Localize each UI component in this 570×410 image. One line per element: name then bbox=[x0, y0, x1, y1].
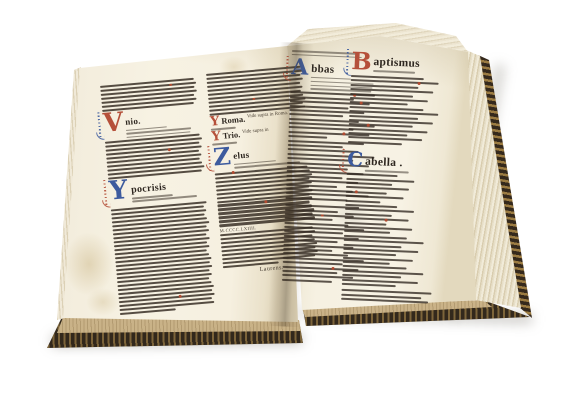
text-line bbox=[209, 105, 305, 115]
rubric-mark bbox=[170, 83, 173, 86]
text-line bbox=[344, 239, 424, 244]
text-line bbox=[115, 245, 210, 255]
text-line bbox=[288, 148, 359, 153]
cross-reference-note: Vide supra in bbox=[242, 128, 269, 136]
text-line bbox=[311, 81, 374, 85]
rubric-mark bbox=[332, 267, 335, 270]
text-line bbox=[346, 195, 404, 200]
text-line bbox=[132, 194, 173, 199]
text-line bbox=[106, 146, 202, 156]
text-line bbox=[219, 216, 315, 226]
text-line bbox=[286, 188, 353, 193]
rubric-mark bbox=[179, 295, 182, 298]
text-line bbox=[292, 54, 362, 59]
text-line bbox=[342, 270, 423, 276]
text-line bbox=[284, 222, 348, 227]
text-line bbox=[290, 100, 370, 106]
text-line bbox=[221, 235, 313, 245]
text-line bbox=[208, 90, 300, 100]
rubric-mark bbox=[353, 94, 356, 97]
text-line bbox=[119, 297, 212, 307]
rubric-mark bbox=[343, 133, 346, 136]
text-line bbox=[344, 226, 412, 231]
text-line bbox=[285, 204, 359, 209]
text-line bbox=[288, 140, 364, 145]
text-line bbox=[284, 239, 338, 243]
text-line bbox=[346, 186, 409, 191]
text-line bbox=[111, 201, 207, 211]
gutter-shadow bbox=[268, 42, 314, 327]
text-line bbox=[283, 252, 348, 257]
text-line bbox=[216, 177, 310, 187]
text-line bbox=[107, 161, 201, 171]
headword: nio. bbox=[125, 115, 141, 126]
text-line bbox=[119, 300, 214, 310]
text-line bbox=[215, 169, 310, 179]
text-line bbox=[350, 101, 408, 106]
rubric-mark bbox=[418, 82, 421, 85]
text-line bbox=[286, 175, 342, 179]
text-line bbox=[108, 165, 205, 176]
text-line bbox=[289, 126, 354, 131]
text-line bbox=[113, 229, 209, 239]
text-line bbox=[285, 217, 333, 221]
text-line bbox=[221, 242, 317, 252]
text-line bbox=[344, 235, 407, 240]
rubric-mark bbox=[367, 124, 370, 127]
illuminated-initial: Y bbox=[210, 117, 220, 128]
text-line bbox=[349, 128, 428, 133]
text-line bbox=[341, 298, 428, 304]
text-line bbox=[282, 279, 332, 283]
text-line bbox=[102, 102, 194, 112]
text-line bbox=[222, 246, 316, 256]
text-line bbox=[234, 161, 300, 168]
illuminated-initial: Y bbox=[108, 180, 128, 203]
ink-smudge bbox=[330, 200, 368, 230]
text-line bbox=[346, 182, 392, 186]
text-line bbox=[222, 254, 315, 264]
text-line bbox=[345, 199, 380, 203]
text-line bbox=[117, 269, 210, 279]
headword: pocrisis bbox=[131, 182, 167, 196]
headword: Trio. bbox=[222, 130, 240, 140]
text-line bbox=[282, 274, 353, 279]
text-line bbox=[112, 213, 205, 223]
headword: elus bbox=[233, 149, 250, 160]
text-line bbox=[118, 281, 212, 291]
entry-cabella-heading: Cabella . bbox=[347, 151, 446, 175]
text-line bbox=[365, 170, 409, 173]
text-line bbox=[345, 204, 397, 208]
text-line bbox=[345, 208, 414, 213]
text-line bbox=[115, 249, 207, 259]
text-line bbox=[282, 270, 337, 274]
rubric-mark bbox=[320, 214, 323, 217]
text-line bbox=[349, 123, 413, 128]
text-line bbox=[348, 141, 402, 145]
text-line bbox=[343, 261, 390, 265]
text-line bbox=[234, 160, 276, 165]
foxing-stain bbox=[219, 56, 249, 78]
text-line bbox=[349, 114, 418, 119]
headword: aptismus bbox=[373, 56, 420, 70]
colophon: Laurens. bbox=[223, 262, 320, 276]
text-line bbox=[118, 284, 214, 294]
entry-ypocrisis-heading: Ypocrisis bbox=[108, 173, 207, 207]
text-line bbox=[287, 170, 364, 175]
text-line bbox=[221, 238, 315, 248]
headword: bbas bbox=[311, 63, 335, 76]
text-line bbox=[215, 173, 312, 184]
text-line bbox=[289, 109, 364, 114]
text-line bbox=[289, 122, 375, 128]
roman-numeral-date: M.CCCC.LXIIII. bbox=[220, 220, 317, 233]
page-stack-head-edge bbox=[0, 0, 570, 410]
text-line bbox=[287, 166, 348, 171]
text-line bbox=[349, 119, 433, 125]
entry-yroma-heading: YRoma.Vide supra in Roma. bbox=[210, 109, 308, 128]
text-line bbox=[219, 208, 315, 218]
rubric-mark bbox=[231, 171, 234, 174]
text-line bbox=[105, 134, 199, 144]
text-line bbox=[350, 97, 428, 102]
text-line bbox=[343, 256, 413, 261]
text-line bbox=[289, 113, 343, 117]
text-line bbox=[283, 261, 343, 266]
text-line bbox=[101, 94, 194, 104]
illuminated-initial: A bbox=[291, 58, 309, 77]
text-line bbox=[114, 233, 207, 243]
text-line bbox=[286, 197, 348, 202]
text-line bbox=[116, 265, 212, 275]
text-line bbox=[206, 66, 300, 76]
text-line bbox=[208, 94, 302, 104]
cover-leather-fore-edge bbox=[0, 0, 570, 410]
text-line bbox=[106, 142, 200, 152]
text-line bbox=[287, 157, 353, 162]
text-line bbox=[114, 241, 207, 251]
text-line bbox=[290, 91, 375, 97]
text-line bbox=[310, 84, 372, 88]
illuminated-initial: Y bbox=[211, 132, 221, 143]
text-line bbox=[287, 161, 369, 167]
text-line bbox=[351, 79, 439, 85]
entry-zelus-heading: Zelus bbox=[212, 139, 311, 171]
text-line bbox=[284, 230, 343, 235]
text-line bbox=[220, 227, 313, 237]
text-line bbox=[283, 257, 364, 263]
text-line bbox=[290, 96, 354, 101]
text-line bbox=[222, 250, 318, 260]
text-line bbox=[113, 225, 207, 235]
text-line bbox=[217, 189, 312, 199]
text-line bbox=[105, 138, 201, 149]
text-line bbox=[343, 243, 401, 248]
rubric-mark bbox=[252, 97, 255, 100]
text-line bbox=[341, 289, 431, 295]
text-line bbox=[342, 283, 396, 287]
entry-unio-heading: Vnio. bbox=[102, 105, 201, 140]
text-line bbox=[218, 201, 310, 211]
headword: abella . bbox=[365, 156, 403, 170]
book-shadow bbox=[302, 308, 532, 323]
right-page bbox=[0, 0, 570, 410]
text-line bbox=[102, 98, 197, 108]
text-line bbox=[219, 213, 312, 223]
text-line bbox=[348, 136, 422, 141]
text-line bbox=[284, 226, 364, 231]
text-line bbox=[286, 183, 337, 187]
text-line bbox=[311, 77, 351, 80]
illuminated-initial: B bbox=[351, 51, 372, 72]
text-line bbox=[286, 179, 358, 184]
text-line bbox=[373, 70, 415, 73]
text-line bbox=[288, 144, 343, 148]
text-line bbox=[344, 221, 386, 225]
text-line bbox=[114, 237, 209, 247]
text-line bbox=[345, 217, 409, 222]
right-page-index-column-2: BaptismusCabella . bbox=[341, 50, 450, 309]
left-page bbox=[0, 0, 570, 410]
text-line bbox=[119, 292, 215, 302]
left-page-text-column-2: YRoma.Vide supra in Roma.YTrio.Vide supr… bbox=[206, 66, 325, 325]
text-line bbox=[112, 209, 207, 219]
text-line bbox=[207, 82, 300, 92]
text-line bbox=[283, 248, 332, 252]
page-stack-edge-left bbox=[0, 0, 570, 410]
text-line bbox=[286, 192, 369, 198]
text-line bbox=[217, 193, 310, 203]
text-line bbox=[107, 158, 199, 168]
text-line bbox=[285, 208, 338, 212]
right-page-index-column-1: Abbas bbox=[281, 50, 385, 309]
text-line bbox=[341, 294, 421, 299]
text-line bbox=[116, 257, 212, 267]
cover-leather-bottom-right bbox=[0, 0, 570, 410]
text-line bbox=[342, 278, 418, 283]
text-line bbox=[100, 82, 196, 92]
text-line bbox=[343, 252, 396, 256]
text-line bbox=[343, 265, 407, 270]
photo-open-incunabulum-book: Vnio.Ypocrisis YRoma.Vide supra in Roma.… bbox=[0, 0, 570, 410]
text-line bbox=[207, 78, 303, 88]
foxing-stain bbox=[64, 232, 114, 296]
text-line bbox=[310, 88, 371, 92]
rubric-mark bbox=[265, 200, 268, 203]
text-line bbox=[208, 86, 303, 96]
page-block-edge-bottom-left bbox=[0, 0, 570, 410]
text-line bbox=[283, 265, 359, 270]
text-line bbox=[209, 97, 306, 108]
text-line bbox=[220, 230, 315, 240]
rubric-mark bbox=[360, 101, 363, 104]
rubric-mark bbox=[385, 218, 388, 221]
text-line bbox=[101, 86, 195, 96]
illuminated-initial: C bbox=[347, 151, 364, 168]
text-line bbox=[223, 262, 279, 269]
entry-abbas-heading: Abbas bbox=[290, 58, 384, 93]
rubric-mark bbox=[168, 148, 171, 151]
book-shadow bbox=[52, 333, 302, 347]
text-line bbox=[350, 84, 418, 89]
text-line bbox=[211, 127, 236, 131]
text-line bbox=[351, 75, 424, 80]
text-line bbox=[348, 132, 407, 137]
text-line bbox=[115, 253, 209, 263]
text-line bbox=[350, 88, 433, 94]
text-line bbox=[209, 102, 303, 112]
text-line bbox=[106, 150, 199, 160]
text-line bbox=[101, 90, 197, 100]
book-shadow bbox=[449, 64, 505, 317]
text-line bbox=[112, 217, 207, 227]
entry-baptismus-heading: Baptismus bbox=[351, 51, 450, 77]
text-line bbox=[117, 277, 209, 287]
text-line bbox=[292, 50, 356, 54]
entry-ytrio-heading: YTrio.Vide supra in bbox=[211, 124, 309, 143]
foxing-stain bbox=[86, 288, 120, 316]
illuminated-initial: Z bbox=[212, 146, 231, 167]
page-stack-fore-edge-right bbox=[0, 0, 570, 410]
text-line bbox=[118, 289, 212, 299]
text-line bbox=[107, 153, 202, 163]
text-line bbox=[215, 165, 308, 175]
text-line bbox=[117, 273, 212, 283]
text-line bbox=[289, 118, 359, 123]
text-line bbox=[108, 169, 202, 179]
left-page-text-column-1: Vnio.Ypocrisis bbox=[100, 78, 217, 322]
text-line bbox=[347, 173, 398, 177]
text-line bbox=[216, 185, 309, 195]
text-line bbox=[345, 213, 392, 217]
text-line bbox=[207, 74, 301, 84]
text-line bbox=[349, 110, 438, 116]
text-line bbox=[113, 221, 210, 232]
text-line bbox=[290, 104, 349, 109]
rubric-mark bbox=[354, 191, 357, 194]
text-line bbox=[120, 308, 176, 315]
text-line bbox=[100, 78, 194, 88]
text-line bbox=[116, 261, 209, 271]
illuminated-initial: V bbox=[102, 112, 124, 135]
text-line bbox=[217, 197, 312, 207]
text-line bbox=[218, 205, 312, 215]
text-line bbox=[127, 131, 191, 138]
text-line bbox=[287, 153, 374, 159]
text-line bbox=[288, 135, 328, 139]
text-line bbox=[284, 235, 359, 240]
text-line bbox=[132, 195, 196, 202]
text-line bbox=[344, 230, 390, 234]
text-line bbox=[126, 128, 190, 135]
text-line bbox=[342, 274, 401, 279]
text-line bbox=[206, 70, 302, 81]
text-line bbox=[346, 178, 414, 183]
text-line bbox=[285, 213, 354, 218]
cover-leather-bottom-left bbox=[0, 0, 570, 410]
text-line bbox=[283, 243, 353, 248]
text-line bbox=[350, 93, 413, 98]
cross-reference-note: Vide supra in Roma. bbox=[247, 111, 288, 121]
text-line bbox=[212, 142, 237, 146]
text-line bbox=[111, 205, 204, 215]
text-line bbox=[343, 248, 418, 253]
text-line bbox=[346, 191, 387, 195]
text-line bbox=[288, 131, 369, 137]
text-line bbox=[349, 106, 423, 111]
headword: Roma. bbox=[221, 115, 246, 126]
page-block-edge-bottom-right bbox=[0, 0, 570, 410]
text-line bbox=[216, 181, 312, 191]
text-line bbox=[126, 126, 167, 131]
